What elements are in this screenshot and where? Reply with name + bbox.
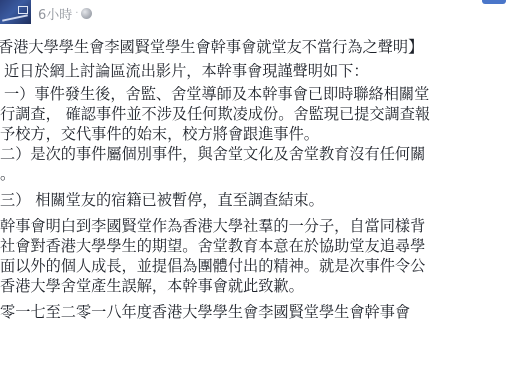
facebook-post: 6小時 · 香港大學學生會李國賢堂學生會幹事會就堂友不當行為之聲明】 近日於網上… xyxy=(0,0,513,386)
paragraph-line: 二）是次的事件屬個別事件，與舍堂文化及舍堂教育沒有任何關 xyxy=(0,144,513,164)
paragraph-line: 社會對香港大學學生的期望。舍堂教育本意在於協助堂友追尋學 xyxy=(0,236,513,256)
post-meta: 6小時 · xyxy=(38,4,92,23)
paragraph-line: 三） 相關堂友的宿籍已被暫停，直至調查結束。 xyxy=(0,189,513,211)
paragraph-line: 。 xyxy=(0,164,513,184)
post-title: 香港大學學生會李國賢堂學生會幹事會就堂友不當行為之聲明】 xyxy=(0,36,513,58)
globe-icon[interactable] xyxy=(81,8,92,19)
post-body: 香港大學學生會李國賢堂學生會幹事會就堂友不當行為之聲明】 近日於網上討論區流出影… xyxy=(0,36,513,323)
paragraph-1: 一）事件發生後，舍監、舍堂導師及本幹事會已即時聯絡相關堂 行調查， 確認事件並不… xyxy=(0,84,513,144)
paragraph-line: 幹事會明白到李國賢堂作為香港大學社羣的一分子，自當同樣背 xyxy=(0,216,513,236)
paragraph-signature: 零一七至二零一八年度香港大學學生會李國賢堂學生會幹事會 xyxy=(0,301,513,323)
paragraph-line: 予校方，交代事件的始末，校方將會跟進事件。 xyxy=(0,124,513,144)
paragraph-3: 三） 相關堂友的宿籍已被暫停，直至調查結束。 xyxy=(0,189,513,211)
action-button[interactable] xyxy=(482,0,506,4)
paragraph-line: 行調查， 確認事件並不涉及任何欺凌成份。舍監現已提交調查報 xyxy=(0,104,513,124)
avatar-graphic-line xyxy=(2,14,28,21)
signature-line: 零一七至二零一八年度香港大學學生會李國賢堂學生會幹事會 xyxy=(0,301,513,323)
page-avatar[interactable] xyxy=(0,0,31,24)
paragraph-line: 香港大學舍堂產生誤解，本幹事會就此致歉。 xyxy=(0,276,513,296)
paragraph-line: 一）事件發生後，舍監、舍堂導師及本幹事會已即時聯絡相關堂 xyxy=(4,84,513,104)
post-intro: 近日於網上討論區流出影片，本幹事會現謹聲明如下： xyxy=(4,60,513,82)
paragraph-2: 二）是次的事件屬個別事件，與舍堂文化及舍堂教育沒有任何關 。 xyxy=(0,144,513,184)
meta-separator: · xyxy=(75,8,78,19)
avatar-graphic xyxy=(18,6,28,14)
paragraph-line: 面以外的個人成長，並提倡為團體付出的精神。就是次事件令公 xyxy=(0,256,513,276)
post-timestamp[interactable]: 6小時 xyxy=(38,4,72,23)
paragraph-4: 幹事會明白到李國賢堂作為香港大學社羣的一分子，自當同樣背 社會對香港大學學生的期… xyxy=(0,216,513,296)
